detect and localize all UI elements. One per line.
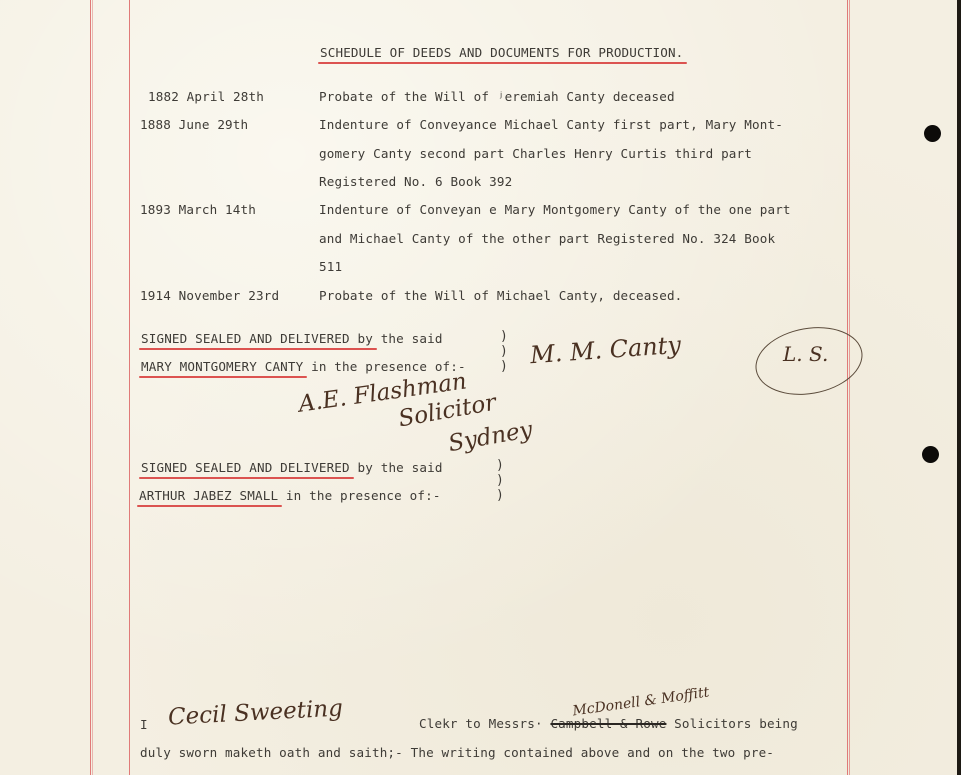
witness-place: Sydney [446,417,534,457]
deponent-name-handwritten: Cecil Sweeting [167,695,343,730]
entry-date: 1882 April 28th [148,89,264,104]
affidavit-line-2: duly sworn maketh oath and saith;- The w… [140,745,774,760]
attestation-clause-rest: the said [373,331,443,346]
entry-description-cont: Registered No. 6 Book 392 [319,174,512,189]
presence-clause: in the presence of:- [278,488,440,503]
entry-description-cont: gomery Canty second part Charles Henry C… [319,146,752,161]
document-page: SCHEDULE OF DEEDS AND DOCUMENTS FOR PROD… [0,0,958,775]
left-margin-rule-outer [90,0,91,775]
bracket: ) [500,359,508,374]
right-margin-rule-2 [849,0,850,775]
signature-handwritten: M. M. Canty [529,331,682,369]
bracket: ) [496,458,504,473]
entry-description: Probate of the Will of ʲeremiah Canty de… [319,89,675,104]
attestation-line: SIGNED SEALED AND DELIVERED by the said [141,331,443,346]
bracket: ) [500,329,508,344]
bracket: ) [496,488,504,503]
signatory-name: MARY MONTGOMERY CANTY [141,359,303,374]
handwritten-firm-name: McDonell & Moffitt [572,684,711,719]
entry-description: Indenture of Conveyance Michael Canty fi… [319,117,783,132]
paper-edge-shadow [957,0,961,775]
attestation-line: ARTHUR JABEZ SMALL in the presence of:- [139,488,441,503]
affidavit-line-1-rest: Solicitors being [666,716,797,731]
entry-description: Indenture of Conveyan e Mary Montgomery … [319,202,791,217]
left-margin-rule-inner [129,0,130,775]
document-title: SCHEDULE OF DEEDS AND DOCUMENTS FOR PROD… [320,45,683,60]
affidavit-pronoun: I [140,717,148,732]
entry-date: 1914 November 23rd [140,288,279,303]
punch-hole-bottom [922,446,939,463]
attestation-clause: SIGNED SEALED AND DELIVERED by [141,331,373,346]
right-margin-rule [847,0,848,775]
entry-date: 1888 June 29th [140,117,248,132]
attestation-clause-rest: by the said [350,460,443,475]
attestation-line: SIGNED SEALED AND DELIVERED by the said [141,460,443,475]
affidavit-line-1: Clekr to Messrs· Campbell & Rowe Solicit… [419,716,798,731]
signatory-name: ARTHUR JABEZ SMALL [139,488,278,503]
left-margin-rule-outer-2 [92,0,93,775]
punch-hole-top [924,125,941,142]
entry-date: 1893 March 14th [140,202,256,217]
struck-firm-name: Campbell & Rowe [550,716,666,731]
bracket: ) [496,473,504,488]
entry-description-cont: and Michael Canty of the other part Regi… [319,231,775,246]
bracket: ) [500,344,508,359]
title-text: SCHEDULE OF DEEDS AND DOCUMENTS FOR PROD… [320,45,683,60]
attestation-line: MARY MONTGOMERY CANTY in the presence of… [141,359,466,374]
attestation-clause: SIGNED SEALED AND DELIVERED [141,460,350,475]
entry-description-cont: 511 [319,259,342,274]
entry-description: Probate of the Will of Michael Canty, de… [319,288,682,303]
clerk-text: Clekr to Messrs· [419,716,543,731]
seal-label: L. S. [783,342,828,366]
